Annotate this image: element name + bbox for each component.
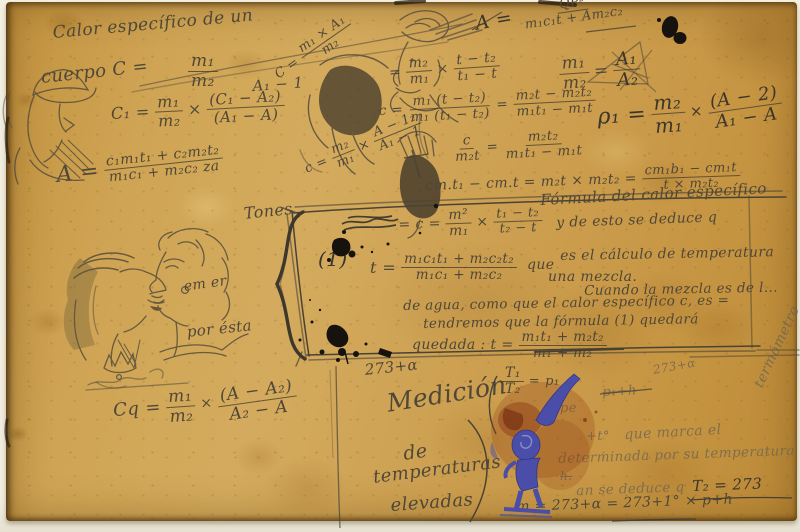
word-pe: pe [560, 402, 577, 416]
fraction: t₁ − t₂t₂ − t [493, 206, 543, 237]
scanned-notebook-page: Calor específico de un cuerpo C = m₁m₂ A… [0, 0, 800, 532]
fraction: T₁T₂ [502, 366, 524, 398]
fraction: A₁A₂ [612, 48, 642, 90]
fraction: m₁t₁ + m₂t₂m₁ + m₂ [519, 330, 607, 361]
formula-m-ratio: m₁m₂ = A₁A₂ [558, 48, 642, 94]
formula-temperature-mix: t = m₁c₁t₁ + m₂c₂t₂m₁c₁ + m₂c₂ [370, 252, 517, 283]
fraction: (A − A₂)A₂ − A [215, 377, 298, 426]
fraction: m₂t₂m₁t₁ − m₁t [502, 127, 584, 162]
fraction: (C₁ − A₂)(A₁ − A) [206, 88, 285, 126]
formula-t1-t2-p1: T₁T₂ = p₁ [502, 366, 559, 398]
fraction: m²m₁ [445, 207, 472, 240]
term-p1-h: p₁+h [602, 384, 637, 400]
fraction: m₁m₂ [154, 92, 184, 130]
term-h: h. [560, 470, 572, 483]
equation-number: (1) [318, 248, 348, 270]
formula-box-line1: = c = m²m₁ × t₁ − t₂t₂ − t [398, 205, 543, 242]
fraction: t − t₂t₁ − t [453, 50, 501, 85]
fraction-m1-m2: m₁m₂ [188, 52, 218, 90]
formula-simplified-mix: quedada : t = m₁t₁ + m₂t₂m₁ + m₂ [412, 330, 607, 361]
fraction: m₂m₁ [650, 90, 687, 137]
fraction: m₁c₁t₁ + m₂c₂t₂m₁c₁ + m₂c₂ [401, 252, 517, 283]
fraction: m₁ (t − t₂)m₁ (t₁ − t₂) [407, 90, 492, 125]
term-plus-t: +t° [586, 430, 610, 444]
fraction: m₁m₂ [558, 53, 590, 93]
fraction: (A − 2)A₁ − A [705, 83, 784, 133]
fraction: m₂m₁ [405, 55, 433, 88]
fraction: m₁m₂ [165, 386, 197, 426]
fraction: cm₂t [452, 132, 482, 164]
